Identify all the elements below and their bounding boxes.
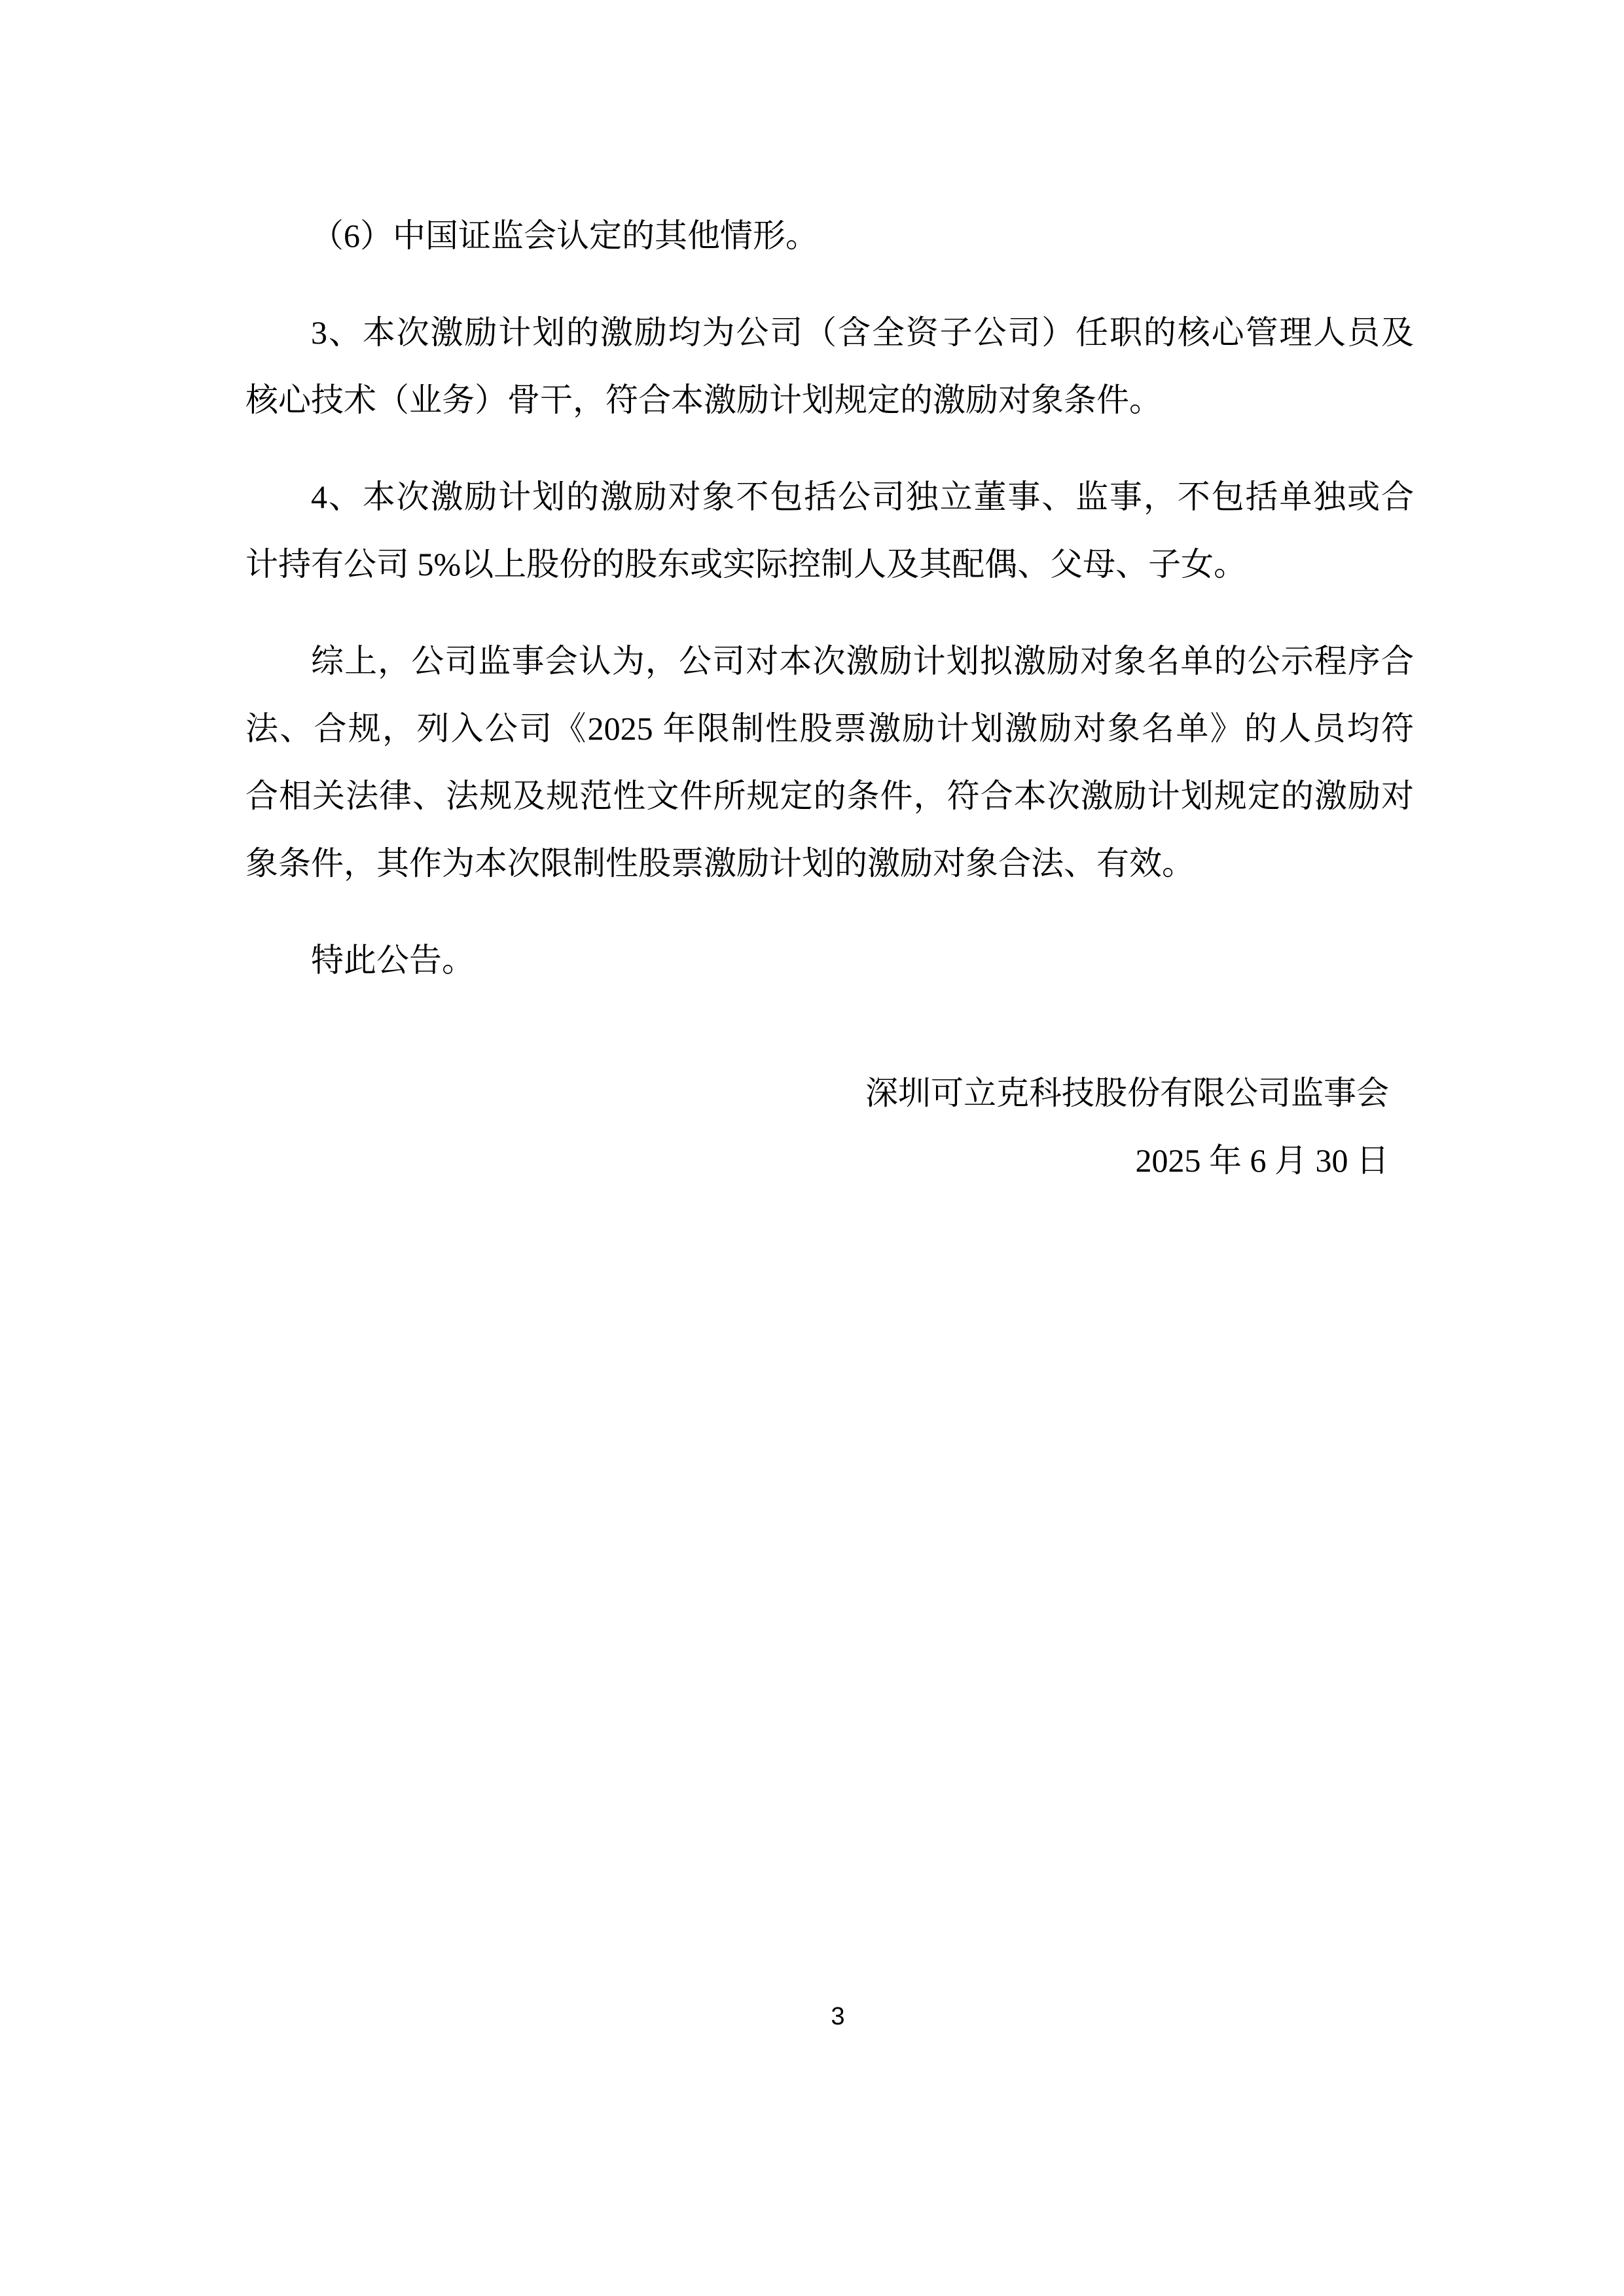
paragraph-line: 计持有公司 5%以上股份的股东或实际控制人及其配偶、父母、子女。	[245, 531, 1414, 598]
paragraph-line: 综上，公司监事会认为，公司对本次激励计划拟激励对象名单的公示程序合	[245, 628, 1414, 695]
document-page: （6）中国证监会认定的其他情形。 3、本次激励计划的激励均为公司（含全资子公司）…	[0, 0, 1624, 2296]
signature-line: 深圳可立克科技股份有限公司监事会	[245, 1060, 1389, 1127]
paragraph-line: 象条件，其作为本次限制性股票激励计划的激励对象合法、有效。	[245, 830, 1414, 897]
signature-block: 深圳可立克科技股份有限公司监事会 2025 年 6 月 30 日	[245, 1060, 1414, 1194]
paragraph-line: 合相关法律、法规及规范性文件所规定的条件，符合本次激励计划规定的激励对	[245, 762, 1414, 830]
paragraph: 特此公告。	[245, 927, 1414, 994]
paragraph-line: 核心技术（业务）骨干，符合本激励计划规定的激励对象条件。	[245, 367, 1414, 434]
page-number: 3	[245, 2001, 1430, 2032]
paragraph-line: （6）中国证监会认定的其他情形。	[245, 202, 1414, 270]
paragraph: 综上，公司监事会认为，公司对本次激励计划拟激励对象名单的公示程序合 法、合规，列…	[245, 628, 1414, 897]
paragraph: 4、本次激励计划的激励对象不包括公司独立董事、监事，不包括单独或合 计持有公司 …	[245, 463, 1414, 598]
paragraph-line: 3、本次激励计划的激励均为公司（含全资子公司）任职的核心管理人员及	[245, 299, 1414, 367]
paragraph-line: 法、合规，列入公司《2025 年限制性股票激励计划激励对象名单》的人员均符	[245, 695, 1414, 762]
paragraph: （6）中国证监会认定的其他情形。	[245, 202, 1414, 270]
date-line: 2025 年 6 月 30 日	[245, 1127, 1389, 1194]
paragraph: 3、本次激励计划的激励均为公司（含全资子公司）任职的核心管理人员及 核心技术（业…	[245, 299, 1414, 434]
body-text: （6）中国证监会认定的其他情形。 3、本次激励计划的激励均为公司（含全资子公司）…	[245, 202, 1414, 1194]
paragraph-line: 4、本次激励计划的激励对象不包括公司独立董事、监事，不包括单独或合	[245, 463, 1414, 531]
paragraph-line: 特此公告。	[245, 927, 1414, 994]
